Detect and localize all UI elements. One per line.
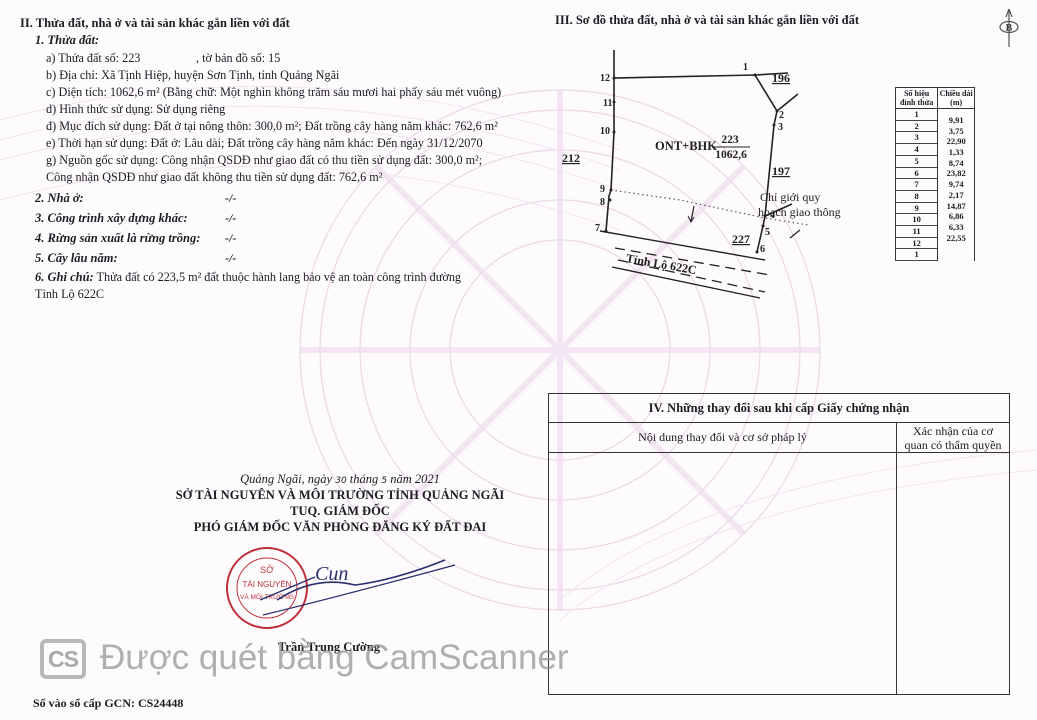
item-house-label: 2. Nhà ở: <box>35 191 84 206</box>
issuing-authority: SỞ TÀI NGUYÊN VÀ MÔI TRƯỜNG TỈNH QUẢNG N… <box>150 487 530 503</box>
edge-length: 2,17 <box>938 190 974 201</box>
changes-content-cell <box>549 453 897 695</box>
item-other-works-value: -/- <box>225 211 236 226</box>
authority-role: TUQ. GIÁM ĐỐC <box>150 503 530 519</box>
certificate-registry-number: Số vào sổ cấp GCN: CS24448 <box>33 696 183 711</box>
changes-confirmation-cell <box>897 453 1009 695</box>
edge-length: 1,33 <box>938 147 974 158</box>
svg-text:Chỉ giới quy: Chỉ giới quy <box>760 190 820 204</box>
item-house-value: -/- <box>225 191 236 206</box>
edge-table-vertex: 3 <box>896 132 938 144</box>
svg-text:9: 9 <box>600 184 605 195</box>
edge-length-table: Số hiệu đỉnh thửa Chiều dài (m) 19,913,7… <box>895 87 975 261</box>
parcel-sketch: 1 2 3 4 5 6 7 8 9 10 11 12 ONT+BHK 223 1… <box>560 40 900 310</box>
svg-text:ONT+BHK: ONT+BHK <box>655 139 717 153</box>
edge-table-col-length: Chiều dài (m) <box>938 88 975 109</box>
edge-length: 9,74 <box>938 179 974 190</box>
parcel-heading: 1. Thửa đất: <box>35 33 99 48</box>
svg-text:5: 5 <box>765 227 770 238</box>
svg-text:196: 196 <box>772 71 790 85</box>
edge-length: 23,82 <box>938 168 974 179</box>
svg-text:12: 12 <box>600 73 610 84</box>
changes-col-content: Nội dung thay đổi và cơ sở pháp lý <box>549 423 897 452</box>
edge-length: 8,74 <box>938 158 974 169</box>
edge-length: 9,91 <box>938 115 974 126</box>
edge-table-vertex: 1 <box>896 249 938 261</box>
svg-text:212: 212 <box>562 151 580 165</box>
item-other-works-label: 3. Công trình xây dựng khác: <box>35 211 188 226</box>
svg-text:6: 6 <box>760 244 765 255</box>
camscanner-logo-icon: CS <box>40 639 86 679</box>
svg-text:11: 11 <box>603 98 612 109</box>
edge-table-vertex: 10 <box>896 214 938 226</box>
svg-text:TÀI NGUYÊN: TÀI NGUYÊN <box>243 580 292 589</box>
svg-text:227: 227 <box>732 232 750 246</box>
svg-text:1062,6: 1062,6 <box>715 149 747 161</box>
svg-text:7: 7 <box>595 223 600 234</box>
edge-table-vertex: 7 <box>896 179 938 191</box>
area: c) Diện tích: 1062,6 m² (Bằng chữ: Một n… <box>46 85 501 100</box>
svg-text:8: 8 <box>600 197 605 208</box>
edge-length: 22,55 <box>938 233 974 244</box>
edge-table-vertex: 5 <box>896 155 938 167</box>
edge-table-vertex: 11 <box>896 226 938 238</box>
address: b) Địa chỉ: Xã Tịnh Hiệp, huyện Sơn Tịnh… <box>46 68 339 83</box>
note-label: 6. Ghi chú: <box>35 270 94 284</box>
svg-text:hoạch giao thông: hoạch giao thông <box>758 205 841 219</box>
note-text: Thửa đất có 223,5 m² đất thuộc hành lang… <box>94 270 461 284</box>
item-forest-label: 4. Rừng sản xuất là rừng trồng: <box>35 231 200 246</box>
usage-origin: g) Nguồn gốc sử dụng: Công nhận QSDĐ như… <box>46 153 482 168</box>
item-perennial-value: -/- <box>225 251 236 266</box>
signature-block: Quảng Ngãi, ngày 30 tháng 5 năm 2021 SỞ … <box>150 472 530 535</box>
edge-table-vertex: 12 <box>896 237 938 249</box>
svg-text:SỞ: SỞ <box>260 564 274 575</box>
svg-text:197: 197 <box>772 164 790 178</box>
usage-purpose: đ) Mục đích sử dụng: Đất ở tại nông thôn… <box>46 119 498 134</box>
edge-table-vertex: 6 <box>896 167 938 179</box>
parcel-number: a) Thửa đất số: 223 <box>46 51 140 66</box>
usage-term: e) Thời hạn sử dụng: Đất ở: Lâu dài; Đất… <box>46 136 483 151</box>
changes-col-confirmation: Xác nhận của cơquan có thẩm quyền <box>897 423 1009 452</box>
section-2-title: II. Thửa đất, nhà ở và tài sản khác gắn … <box>20 16 290 31</box>
svg-text:3: 3 <box>778 122 783 133</box>
changes-table: IV. Những thay đổi sau khi cấp Giấy chứn… <box>548 393 1010 695</box>
edge-table-col-vertex: Số hiệu đỉnh thửa <box>896 88 938 109</box>
svg-text:1: 1 <box>743 62 748 73</box>
item-forest-value: -/- <box>225 231 236 246</box>
edge-table-vertex: 1 <box>896 109 938 121</box>
issue-date: Quảng Ngãi, ngày 30 tháng 5 năm 2021 <box>150 472 530 487</box>
north-arrow-icon: B <box>995 5 1025 50</box>
camscanner-watermark: Được quét bằng CamScanner <box>100 638 569 678</box>
edge-length: 6,86 <box>938 211 974 222</box>
note: 6. Ghi chú: Thửa đất có 223,5 m² đất thu… <box>35 270 461 285</box>
item-perennial-label: 5. Cây lâu năm: <box>35 251 118 266</box>
edge-length: 3,75 <box>938 126 974 137</box>
svg-text:223: 223 <box>721 134 739 146</box>
section-3-title: III. Sơ đồ thửa đất, nhà ở và tài sản kh… <box>555 13 859 28</box>
edge-length: 6,33 <box>938 222 974 233</box>
edge-table-vertex: 4 <box>896 144 938 156</box>
edge-table-vertex: 9 <box>896 202 938 214</box>
svg-text:Tỉnh Lộ 622C: Tỉnh Lộ 622C <box>625 251 698 277</box>
edge-table-vertex: 2 <box>896 120 938 132</box>
section-4-title: IV. Những thay đổi sau khi cấp Giấy chứn… <box>549 394 1009 423</box>
official-stamp-icon: SỞ TÀI NGUYÊN VÀ MÔI TRƯỜNG Cun <box>205 545 465 635</box>
note-road: Tỉnh Lộ 622C <box>35 287 104 302</box>
edge-length: 22,90 <box>938 136 974 147</box>
svg-text:10: 10 <box>600 126 610 137</box>
usage-origin-cont: Công nhận QSDĐ như giao đất không thu ti… <box>46 170 382 185</box>
usage-form: d) Hình thức sử dụng: Sử dụng riêng <box>46 102 225 117</box>
svg-text:2: 2 <box>779 110 784 121</box>
edge-table-lengths: 9,913,7522,901,338,7423,829,742,1714,876… <box>938 109 975 261</box>
edge-table-vertex: 8 <box>896 190 938 202</box>
map-sheet-number: , tờ bản đồ số: 15 <box>196 51 280 66</box>
svg-text:B: B <box>1006 23 1013 34</box>
signer-title: PHÓ GIÁM ĐỐC VĂN PHÒNG ĐĂNG KÝ ĐẤT ĐAI <box>150 519 530 535</box>
edge-length: 14,87 <box>938 201 974 212</box>
